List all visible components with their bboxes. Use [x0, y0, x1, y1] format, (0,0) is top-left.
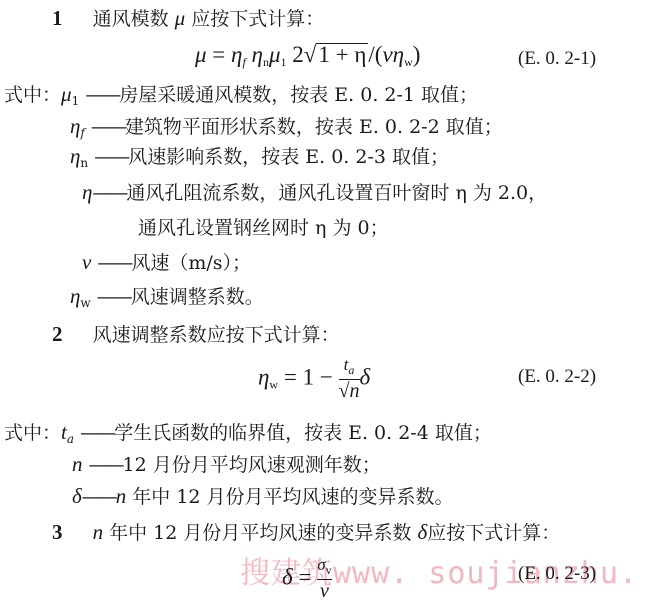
where-description: 房屋采暖通风模数，按表 E. 0. 2-1 取值； [119, 84, 478, 106]
fraction-numerator: ta [339, 356, 360, 379]
formula-symbol: η [252, 42, 263, 67]
formula-symbol: δ [360, 364, 371, 389]
watermark-url: www. soujianzhu. cn [333, 556, 652, 591]
formula-subscript: w [269, 377, 278, 391]
where-symbol: μ [61, 82, 72, 106]
formula-operator: = [212, 42, 225, 67]
item-text: 风速调整系数应按下式计算： [93, 324, 340, 346]
em-dash: —— [82, 486, 116, 508]
formula-subscript: 1 [281, 55, 287, 69]
where-row: 式中：ta ——学生氏函数的临界值，按表 E. 0. 2-4 取值； [4, 420, 492, 451]
where-row: v ——风速（m/s）； [82, 250, 251, 275]
where-subscript: n [80, 156, 88, 170]
where-subscript: w [80, 296, 90, 310]
formula-symbol: η [393, 42, 404, 67]
where-description: 12 月份月平均风速观测年数； [123, 454, 381, 476]
where-symbol: η [82, 180, 92, 204]
formula-e023: δ = σv v [282, 556, 332, 600]
equation-number: (E. 0. 2-2) [518, 366, 596, 388]
formula-e021: μ = ηf ηnμ1 2√1 + η/(vηw) [195, 42, 420, 70]
where-prefix: 式中： [4, 84, 61, 106]
formula-subscript: a [348, 363, 354, 377]
where-row: 式中：μ1 ——房屋采暖通风模数，按表 E. 0. 2-1 取值； [4, 82, 478, 113]
formula-number: 2 [292, 42, 304, 67]
where-subscript: f [80, 126, 84, 140]
where-symbol: η [70, 284, 80, 308]
item-number: 1 [52, 6, 63, 30]
where-description: 风速影响系数，按表 E. 0. 2-3 取值； [128, 146, 449, 168]
item-text: 通风模数 [93, 8, 169, 30]
item-3-heading: 3 n 年中 12 月份月平均风速的变异系数 δ应按下式计算： [52, 520, 560, 545]
formula-subscript: f [242, 55, 245, 69]
formula-operator: /( [368, 42, 382, 67]
formula-symbol: η [231, 42, 242, 67]
fraction-denominator: √n [339, 379, 360, 402]
where-row: ηf ——建筑物平面形状系数，按表 E. 0. 2-2 取值； [70, 114, 503, 145]
item-1-heading: 1 通风模数 μ 应按下式计算： [52, 6, 324, 31]
where-description: 风速调整系数。 [131, 286, 264, 308]
item-number: 3 [52, 520, 63, 544]
formula-symbol: v [320, 580, 329, 600]
where-subscript: 1 [72, 94, 80, 108]
sqrt-content: 1 + η [316, 43, 368, 66]
fraction-denominator: v [317, 579, 331, 600]
item-text: 年中 12 月份月平均风速的变异系数 [103, 522, 417, 544]
formula-symbol: v [382, 42, 392, 67]
where-description: 学生氏函数的临界值，按表 E. 0. 2-4 取值； [114, 422, 492, 444]
where-symbol: n [116, 484, 127, 508]
where-row: ηn ——风速影响系数，按表 E. 0. 2-3 取值； [70, 144, 449, 175]
fraction: σv v [317, 556, 331, 600]
mu-symbol: μ [175, 6, 186, 30]
fraction-numerator: σv [317, 556, 331, 579]
formula-e022: ηw = 1 − ta √n δ [258, 356, 370, 402]
em-dash: —— [80, 422, 114, 444]
where-description: 风速（m/s）； [131, 252, 251, 274]
item-2-heading: 2 风速调整系数应按下式计算： [52, 322, 340, 347]
formula-symbol: σ [317, 555, 325, 574]
where-symbol: δ [72, 484, 82, 508]
where-prefix: 式中： [4, 422, 61, 444]
em-dash: —— [91, 116, 125, 138]
formula-symbol: μ [269, 42, 281, 67]
where-symbol: η [70, 114, 80, 138]
formula-symbol: η [258, 364, 269, 389]
where-description: 通风孔阻流系数，通风孔设置百叶窗时 η 为 2.0， [126, 182, 547, 204]
where-symbol: η [70, 144, 80, 168]
em-dash: —— [89, 454, 123, 476]
formula-operator: = 1 − [284, 364, 333, 389]
where-row: δ——n 年中 12 月份月平均风速的变异系数。 [72, 484, 454, 509]
formula-subscript: w [404, 55, 413, 69]
sqrt-sign: √ [304, 42, 317, 67]
equation-number: (E. 0. 2-3) [518, 563, 596, 585]
em-dash: —— [97, 252, 131, 274]
em-dash: —— [85, 84, 119, 106]
item-text: 应按下式计算： [191, 8, 324, 30]
formula-operator: = [298, 564, 311, 589]
formula-operator: ) [413, 42, 421, 67]
where-description: 建筑物平面形状系数，按表 E. 0. 2-2 取值； [125, 116, 503, 138]
em-dash: —— [94, 146, 128, 168]
em-dash: —— [97, 286, 131, 308]
where-description: 通风孔设置钢丝网时 η 为 0； [138, 217, 389, 239]
fraction: ta √n [339, 356, 360, 402]
em-dash: —— [92, 182, 126, 204]
formula-subscript: v [326, 563, 332, 577]
where-row: ηw ——风速调整系数。 [70, 284, 264, 315]
delta-symbol: δ [417, 520, 427, 544]
n-symbol: n [93, 520, 104, 544]
where-continuation: 通风孔设置钢丝网时 η 为 0； [138, 216, 389, 240]
where-row: η——通风孔阻流系数，通风孔设置百叶窗时 η 为 2.0， [82, 180, 547, 205]
where-subscript: a [67, 432, 74, 446]
item-number: 2 [52, 322, 63, 346]
formula-symbol: n [350, 380, 360, 402]
where-row: n ——12 月份月平均风速观测年数； [72, 452, 381, 477]
where-description: 年中 12 月份月平均风速的变异系数。 [126, 486, 453, 508]
formula-symbol: μ [195, 42, 207, 67]
equation-number: (E. 0. 2-1) [518, 48, 596, 70]
where-symbol: v [82, 250, 91, 274]
where-symbol: n [72, 452, 83, 476]
formula-symbol: δ [282, 564, 293, 589]
item-text: 应按下式计算： [427, 522, 560, 544]
sqrt-sign: √ [339, 380, 350, 402]
